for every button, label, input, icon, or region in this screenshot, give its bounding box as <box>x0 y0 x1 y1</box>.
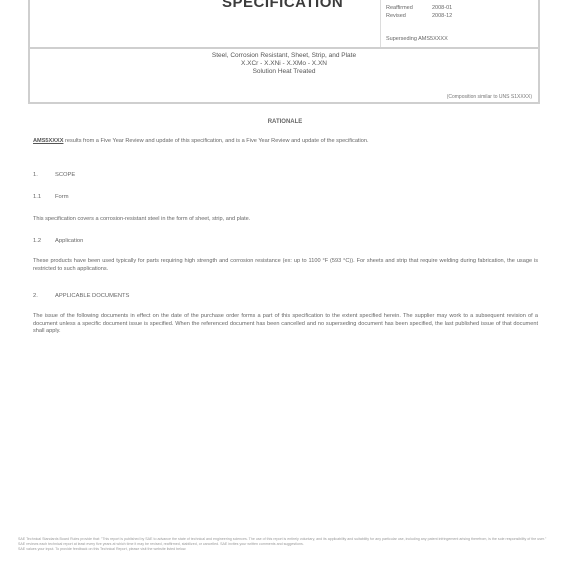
rationale-paragraph: AMS5XXXX results from a Five Year Review… <box>33 138 538 146</box>
section-number: 2. <box>33 293 55 299</box>
meta-value: 2008-12 <box>432 13 452 19</box>
section-heading-applicable-documents: 2.APPLICABLE DOCUMENTS <box>33 293 129 299</box>
meta-value: 2008-01 <box>432 5 452 11</box>
applicable-documents-paragraph: The issue of the following documents in … <box>33 313 538 336</box>
section-title: SCOPE <box>55 172 75 178</box>
section-number: 1. <box>33 172 55 178</box>
rationale-text: results from a Five Year Review and upda… <box>63 138 368 144</box>
rationale-lead: AMS5XXXX <box>33 138 63 144</box>
footer-disclaimer: SAE Technical Standards Board Rules prov… <box>18 537 552 552</box>
section-title: APPLICABLE DOCUMENTS <box>55 293 129 299</box>
section-number: 1.2 <box>33 238 55 244</box>
superseding-note: Superseding AMS5XXXX <box>386 36 448 42</box>
header-top-row: SPECIFICATION Reaffirmed2008-01 Revised2… <box>30 0 538 49</box>
title-line: Steel, Corrosion Resistant, Sheet, Strip… <box>30 52 538 60</box>
form-paragraph: This specification covers a corrosion-re… <box>33 216 538 224</box>
header-box: SPECIFICATION Reaffirmed2008-01 Revised2… <box>28 0 540 104</box>
section-number: 1.1 <box>33 194 55 200</box>
section-heading-application: 1.2Application <box>33 238 83 244</box>
document-title: Steel, Corrosion Resistant, Sheet, Strip… <box>30 52 538 76</box>
meta-label: Revised <box>386 13 432 19</box>
section-title: Form <box>55 194 69 200</box>
document-type: SPECIFICATION <box>222 0 343 11</box>
footer-line: SAE values your input. To provide feedba… <box>18 547 552 552</box>
header-divider <box>380 0 381 47</box>
revised-row: Revised2008-12 <box>386 13 452 19</box>
document-page: SPECIFICATION Reaffirmed2008-01 Revised2… <box>0 0 570 570</box>
rationale-heading: RATIONALE <box>0 119 570 125</box>
meta-label: Reaffirmed <box>386 5 432 11</box>
section-heading-scope: 1.SCOPE <box>33 172 75 178</box>
composition-note: (Composition similar to UNS S1XXXX) <box>447 94 532 100</box>
section-heading-form: 1.1Form <box>33 194 69 200</box>
application-paragraph: These products have been used typically … <box>33 258 538 273</box>
reaffirmed-row: Reaffirmed2008-01 <box>386 5 452 11</box>
title-line: Solution Heat Treated <box>30 68 538 76</box>
title-line: X.XCr - X.XNi - X.XMo - X.XN <box>30 60 538 68</box>
section-title: Application <box>55 238 83 244</box>
